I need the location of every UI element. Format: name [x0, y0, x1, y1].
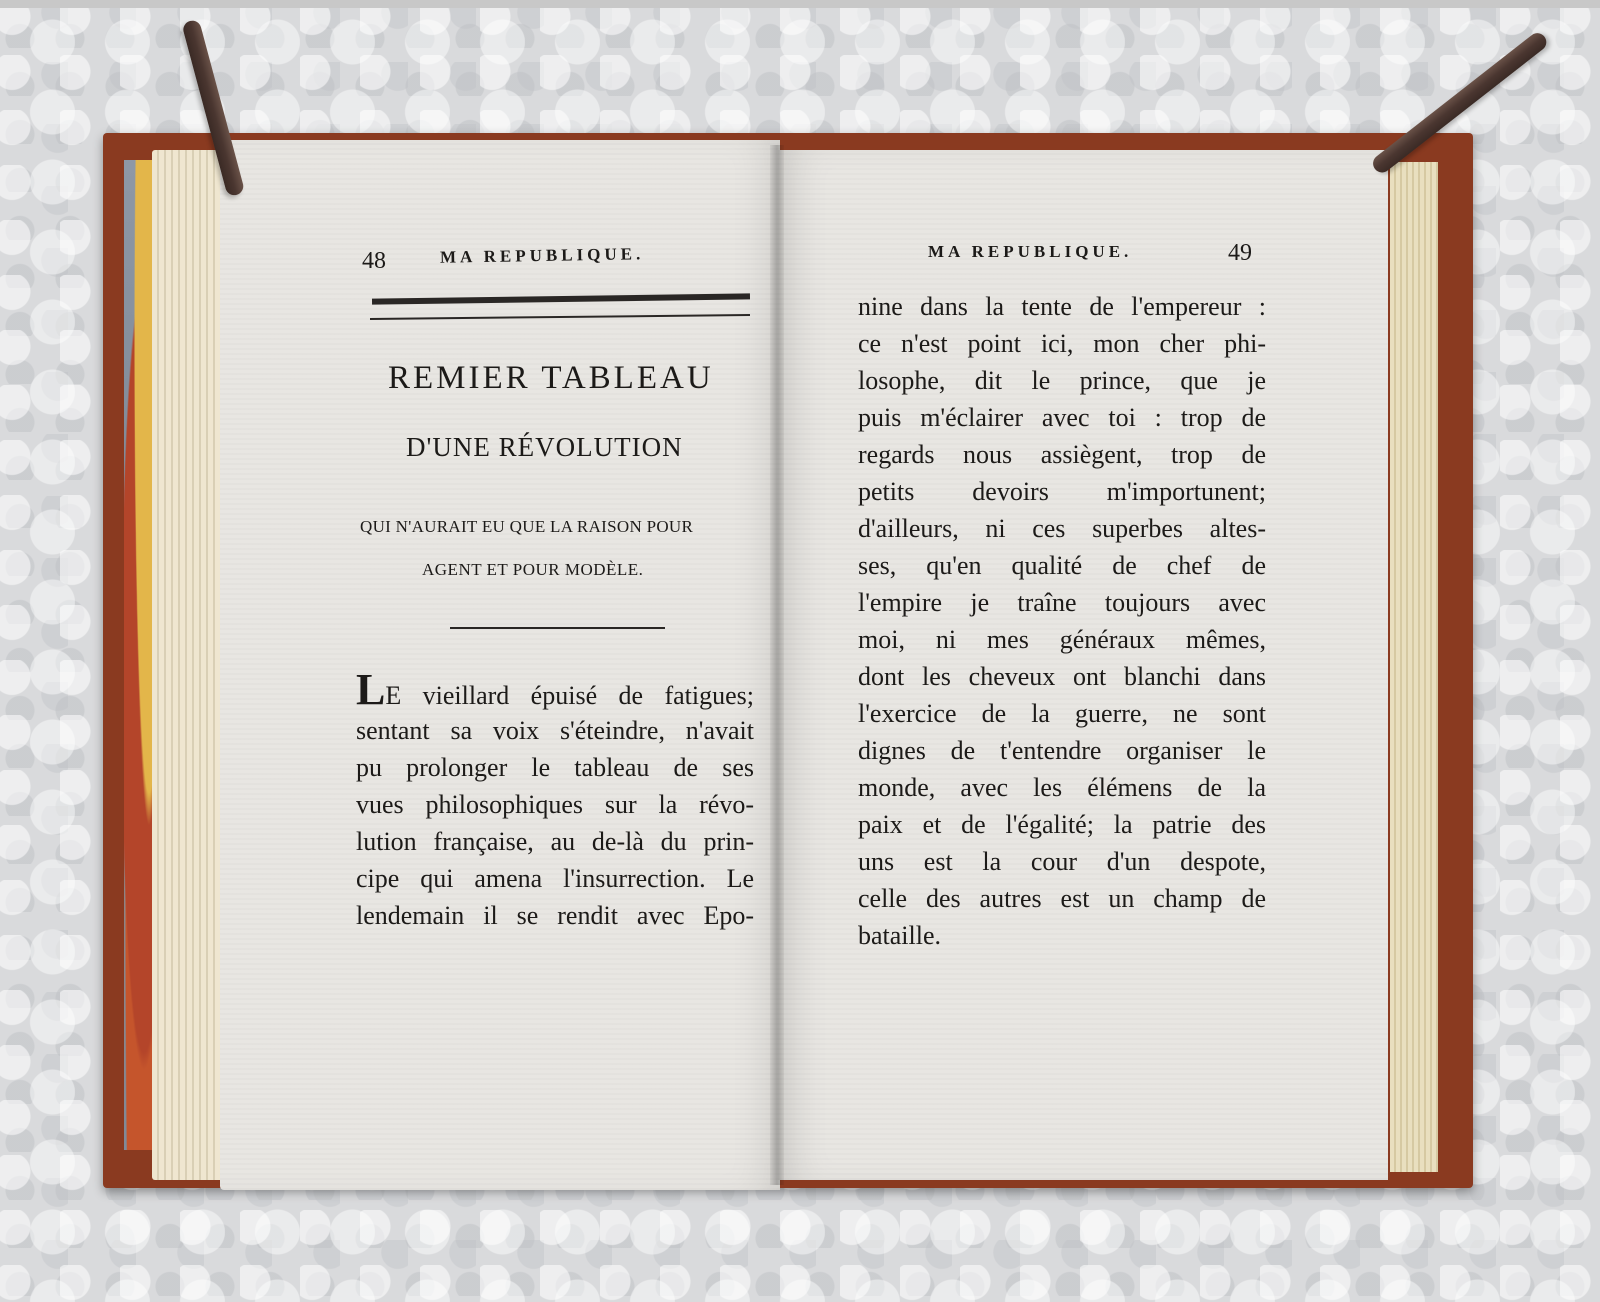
text-line: petits devoirs m'importunent; — [858, 473, 1266, 510]
text-line: puis m'éclairer avec toi : trop de — [858, 399, 1266, 436]
left-running-head: MA REPUBLIQUE. — [440, 244, 645, 268]
text-line: paix et de l'égalité; la patrie des — [858, 806, 1266, 843]
right-running-head: MA REPUBLIQUE. — [928, 242, 1132, 262]
book-gutter — [770, 145, 784, 1185]
top-edge-strip — [0, 0, 1600, 8]
text-line: sentant sa voix s'éteindre, n'avait — [356, 712, 754, 749]
text-line: losophe, dit le prince, que je — [858, 362, 1266, 399]
text-line: dont les cheveux ont blanchi dans — [858, 658, 1266, 695]
text-line: vues philosophiques sur la révo- — [356, 786, 754, 823]
text-line: nine dans la tente de l'empereur : — [858, 288, 1266, 325]
right-page-body: nine dans la tente de l'empereur : ce n'… — [858, 288, 1266, 954]
text-line: d'ailleurs, ni ces superbes altes- — [858, 510, 1266, 547]
text-line: l'exercice de la guerre, ne sont — [858, 695, 1266, 732]
chapter-title-line-1: REMIER TABLEAU — [388, 360, 714, 397]
text-line: l'empire je traîne toujours avec — [858, 584, 1266, 621]
drop-cap: L — [356, 665, 385, 714]
text-line: ses, qu'en qualité de chef de — [858, 547, 1266, 584]
right-page-edges — [1390, 162, 1438, 1172]
chapter-title-line-2: D'UNE RÉVOLUTION — [406, 432, 683, 463]
left-page-edges — [152, 150, 222, 1180]
text-line: cipe qui amena l'insurrection. Le — [356, 860, 754, 897]
text-line: regards nous assiègent, trop de — [858, 436, 1266, 473]
text-line: uns est la cour d'un despote, — [858, 843, 1266, 880]
text-line: lendemain il se rendit avec Epo- — [356, 897, 754, 934]
text-line: pu prolonger le tableau de ses — [356, 749, 754, 786]
chapter-title-line-3: QUI N'AURAIT EU QUE LA RAISON POUR — [360, 517, 693, 537]
text-line: celle des autres est un champ de — [858, 880, 1266, 917]
text-line: ce n'est point ici, mon cher phi- — [858, 325, 1266, 362]
text-line: lution française, au de-là du prin- — [356, 823, 754, 860]
text-line: monde, avec les élémens de la — [858, 769, 1266, 806]
text-line: moi, ni mes généraux mêmes, — [858, 621, 1266, 658]
left-page-body: LE vieillard épuisé de fatigues; sentant… — [356, 675, 754, 934]
text-line: LE vieillard épuisé de fatigues; — [356, 675, 754, 712]
text-line: bataille. — [858, 917, 1266, 954]
chapter-title-line-4: AGENT ET POUR MODÈLE. — [422, 560, 643, 580]
title-separator-rule — [450, 627, 665, 629]
left-page-number: 48 — [362, 248, 386, 275]
right-page-number: 49 — [1228, 240, 1252, 267]
text-line: dignes de t'entendre organiser le — [858, 732, 1266, 769]
